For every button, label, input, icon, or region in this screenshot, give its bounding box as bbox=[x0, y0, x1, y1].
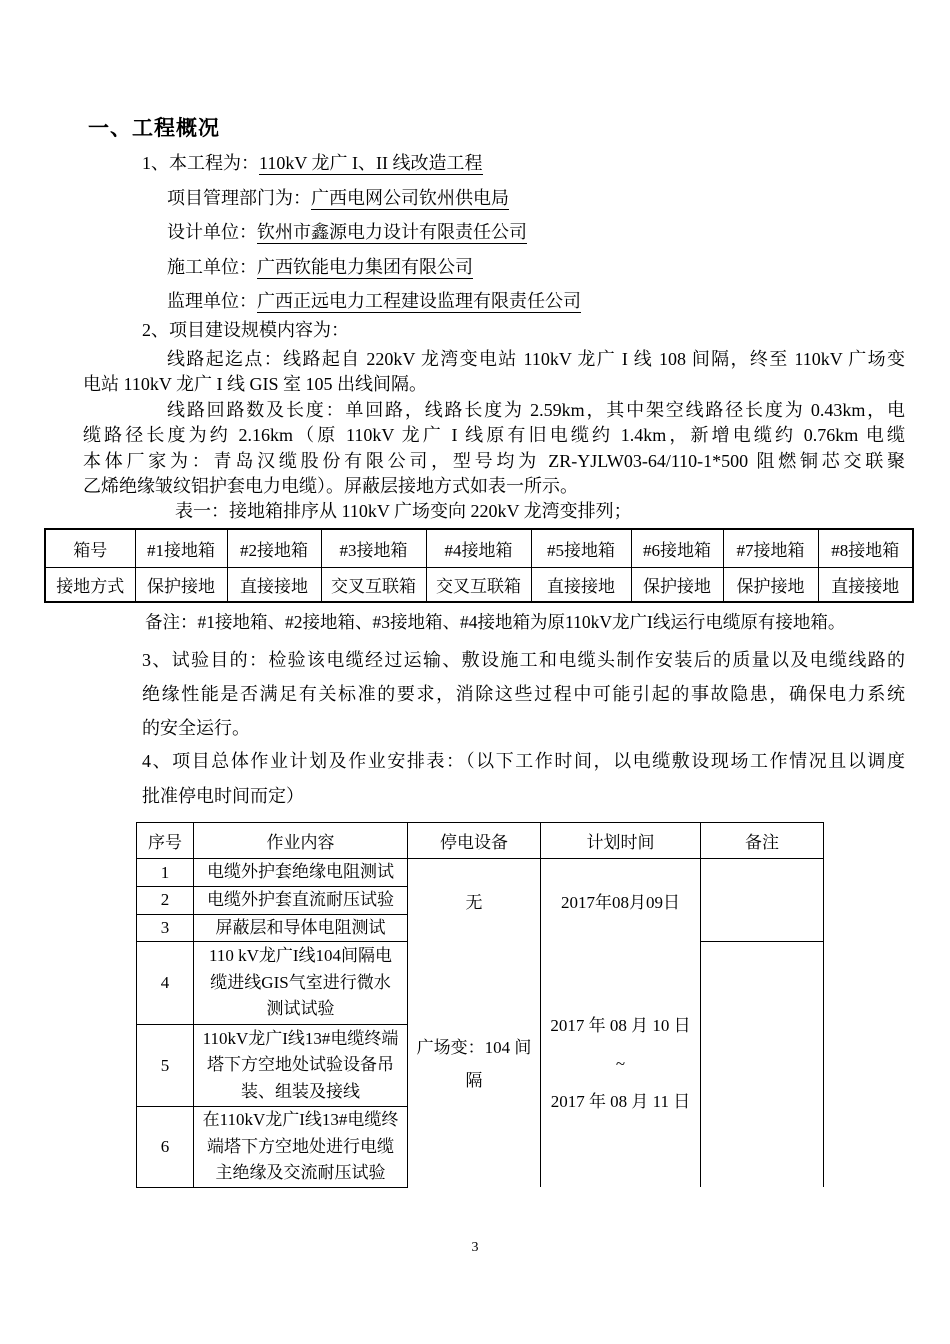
management-dept-line: 项目管理部门为：广西电网公司钦州供电局 bbox=[142, 181, 581, 216]
table-cell: 交叉互联箱 bbox=[321, 567, 426, 602]
paragraph-line: 缆路径长度为约 2.16km（原 110kV 龙广 I 线原有旧电缆约 1.4k… bbox=[83, 423, 905, 448]
paragraph-line: 绝缘性能是否满足有关标准的要求，消除这些过程中可能引起的事故隐患，确保电力系统 bbox=[142, 677, 905, 711]
table-cell: 保护接地 bbox=[723, 567, 818, 602]
table-cell: 序号 bbox=[137, 823, 194, 859]
supervision-unit-line: 监理单位：广西正远电力工程建设监理有限责任公司 bbox=[142, 284, 581, 319]
paragraph-line: 线路回路数及长度：单回路，线路长度为 2.59km，其中架空线路径长度为 0.4… bbox=[83, 398, 905, 423]
table1-header-row: 箱号 #1接地箱 #2接地箱 #3接地箱 #4接地箱 #5接地箱 #6接地箱 #… bbox=[45, 529, 913, 567]
table-cell: 箱号 bbox=[45, 529, 135, 567]
table-cell: 直接接地 bbox=[818, 567, 913, 602]
section-1-block: 1、本工程为：110kV 龙广 I、II 线改造工程 项目管理部门为：广西电网公… bbox=[142, 146, 581, 319]
row-number-cell: 5 bbox=[137, 1025, 194, 1107]
field-label: 1、本工程为： bbox=[142, 153, 259, 173]
construction-unit-line: 施工单位：广西钦能电力集团有限公司 bbox=[142, 250, 581, 285]
row-number-cell: 4 bbox=[137, 942, 194, 1025]
work-content-cell: 110kV龙广I线13#电缆终端塔下方空地处试验设备吊装、组装及接线 bbox=[194, 1025, 408, 1107]
time-end: 2017 年 08 月 11 日 bbox=[545, 1083, 696, 1121]
item-3-paragraph: 3、试验目的：检验该电缆经过运输、敷设施工和电缆头制作安装后的质量以及电缆线路的… bbox=[142, 643, 905, 746]
table-cell: 直接接地 bbox=[531, 567, 631, 602]
planned-time-cell: 2017 年 08 月 10 日 ~ 2017 年 08 月 11 日 bbox=[541, 942, 701, 1188]
table-row: 4 110 kV龙广I线104间隔电缆进线GIS气室进行微水测试试验 广场变：1… bbox=[137, 942, 824, 1025]
field-value-underlined: 广西钦能电力集团有限公司 bbox=[257, 257, 473, 279]
field-value-underlined: 钦州市鑫源电力设计有限责任公司 bbox=[257, 222, 527, 244]
work-content-cell: 在110kV龙广I线13#电缆终端塔下方空地处进行电缆主绝缘及交流耐压试验 bbox=[194, 1107, 408, 1188]
power-off-device-cell: 广场变：104 间隔 bbox=[408, 942, 541, 1188]
paragraph-line: 3、试验目的：检验该电缆经过运输、敷设施工和电缆头制作安装后的质量以及电缆线路的 bbox=[142, 643, 905, 677]
power-off-device-cell: 无 bbox=[408, 859, 541, 942]
paragraph-line: 电站 110kV 龙广 I 线 GIS 室 105 出线间隔。 bbox=[83, 372, 905, 397]
table-cell: #4接地箱 bbox=[426, 529, 531, 567]
table-cell: 保护接地 bbox=[631, 567, 723, 602]
table-cell: #1接地箱 bbox=[135, 529, 227, 567]
table-cell: #8接地箱 bbox=[818, 529, 913, 567]
row-number-cell: 3 bbox=[137, 914, 194, 942]
field-label: 项目管理部门为： bbox=[167, 188, 311, 208]
field-value-underlined: 广西电网公司钦州供电局 bbox=[311, 188, 509, 210]
tilde-separator: ~ bbox=[545, 1045, 696, 1083]
document-page: 一、工程概况 1、本工程为：110kV 龙广 I、II 线改造工程 项目管理部门… bbox=[0, 0, 950, 1344]
field-value-underlined: 110kV 龙广 I、II 线改造工程 bbox=[259, 153, 483, 175]
item-2-heading: 2、项目建设规模内容为： bbox=[142, 316, 349, 342]
paragraph-line: 本体厂家为：青岛汉缆股份有限公司，型号均为 ZR-YJLW03-64/110-1… bbox=[83, 449, 905, 474]
field-label: 施工单位： bbox=[167, 257, 257, 277]
table-cell: 备注 bbox=[701, 823, 824, 859]
time-start: 2017 年 08 月 10 日 bbox=[545, 1007, 696, 1045]
table-cell: 计划时间 bbox=[541, 823, 701, 859]
page-number: 3 bbox=[0, 1240, 950, 1256]
table-row: 1 电缆外护套绝缘电阻测试 无 2017年08月09日 bbox=[137, 859, 824, 887]
table-cell: 保护接地 bbox=[135, 567, 227, 602]
table2-header-row: 序号 作业内容 停电设备 计划时间 备注 bbox=[137, 823, 824, 859]
row-number-cell: 1 bbox=[137, 859, 194, 887]
table-cell: #3接地箱 bbox=[321, 529, 426, 567]
table1-title: 表一：接地箱排序从 110kV 广场变向 220kV 龙湾变排列； bbox=[175, 497, 632, 523]
work-content-cell: 电缆外护套直流耐压试验 bbox=[194, 887, 408, 915]
planned-time-cell: 2017年08月09日 bbox=[541, 859, 701, 942]
paragraph-line: 的安全运行。 bbox=[142, 711, 905, 745]
paragraph-line: 4、项目总体作业计划及作业安排表：（以下工作时间，以电缆敷设现场工作情况且以调度 bbox=[142, 744, 905, 779]
table-cell: #6接地箱 bbox=[631, 529, 723, 567]
project-name-line: 1、本工程为：110kV 龙广 I、II 线改造工程 bbox=[142, 146, 581, 181]
field-label: 设计单位： bbox=[167, 222, 257, 242]
table2-work-plan: 序号 作业内容 停电设备 计划时间 备注 1 电缆外护套绝缘电阻测试 无 201… bbox=[136, 822, 824, 1188]
paragraph-line: 线路起迄点：线路起自 220kV 龙湾变电站 110kV 龙广 I 线 108 … bbox=[83, 347, 905, 372]
table-cell: #2接地箱 bbox=[227, 529, 321, 567]
field-value-underlined: 广西正远电力工程建设监理有限责任公司 bbox=[257, 291, 581, 313]
remark-cell bbox=[701, 942, 824, 1188]
work-content-cell: 屏蔽层和导体电阻测试 bbox=[194, 914, 408, 942]
work-content-cell: 电缆外护套绝缘电阻测试 bbox=[194, 859, 408, 887]
section-heading: 一、工程概况 bbox=[88, 112, 220, 142]
table-cell: 直接接地 bbox=[227, 567, 321, 602]
table1-note: 备注：#1接地箱、#2接地箱、#3接地箱、#4接地箱为原110kV龙广I线运行电… bbox=[145, 609, 845, 634]
table-cell: #5接地箱 bbox=[531, 529, 631, 567]
table1-grounding-boxes: 箱号 #1接地箱 #2接地箱 #3接地箱 #4接地箱 #5接地箱 #6接地箱 #… bbox=[44, 528, 914, 603]
work-content-cell: 110 kV龙广I线104间隔电缆进线GIS气室进行微水测试试验 bbox=[194, 942, 408, 1025]
table-cell: 停电设备 bbox=[408, 823, 541, 859]
row-number-cell: 6 bbox=[137, 1107, 194, 1188]
item-2-paragraph: 线路起迄点：线路起自 220kV 龙湾变电站 110kV 龙广 I 线 108 … bbox=[83, 347, 905, 499]
design-unit-line: 设计单位：钦州市鑫源电力设计有限责任公司 bbox=[142, 215, 581, 250]
table-cell: 交叉互联箱 bbox=[426, 567, 531, 602]
table-cell: 接地方式 bbox=[45, 567, 135, 602]
item-4-paragraph: 4、项目总体作业计划及作业安排表：（以下工作时间，以电缆敷设现场工作情况且以调度… bbox=[142, 744, 905, 814]
table1-grounding-mode-row: 接地方式 保护接地 直接接地 交叉互联箱 交叉互联箱 直接接地 保护接地 保护接… bbox=[45, 567, 913, 602]
field-label: 监理单位： bbox=[167, 291, 257, 311]
table-cell: #7接地箱 bbox=[723, 529, 818, 567]
paragraph-line: 批准停电时间而定） bbox=[142, 779, 905, 814]
paragraph-line: 乙烯绝缘皱纹铝护套电力电缆）。屏蔽层接地方式如表一所示。 bbox=[83, 474, 905, 499]
row-number-cell: 2 bbox=[137, 887, 194, 915]
table-cell: 作业内容 bbox=[194, 823, 408, 859]
remark-cell bbox=[701, 859, 824, 942]
